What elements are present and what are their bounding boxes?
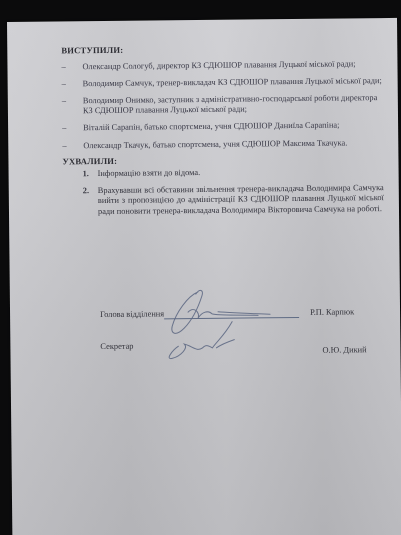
- speaker-text: Володимир Онимко, заступник з адміністра…: [83, 93, 378, 116]
- speaker-item: –Олександр Сологуб, директор КЗ СДЮШОР п…: [64, 59, 382, 73]
- speakers-list: –Олександр Сологуб, директор КЗ СДЮШОР п…: [64, 59, 383, 152]
- decisions-list: 1.Інформацію взяти до відома. 2.Врахував…: [66, 166, 384, 218]
- speaker-item: –Володимир Онимко, заступник з адміністр…: [65, 93, 383, 118]
- speaker-text: Олександр Ткачук, батько спортсмена, учн…: [83, 138, 347, 150]
- speakers-heading: ВИСТУПИЛИ:: [61, 42, 382, 56]
- speaker-item: –Віталій Сарапін, батько спортсмена, учн…: [65, 121, 383, 135]
- dash-marker: –: [62, 96, 66, 107]
- document-body: ВИСТУПИЛИ: –Олександр Сологуб, директор …: [64, 42, 384, 224]
- speaker-text: Віталій Сарапін, батько спортсмена, учня…: [83, 121, 339, 133]
- speaker-text: Володимир Самчук, тренер-викладач КЗ СДЮ…: [83, 76, 382, 88]
- dash-marker: –: [62, 141, 66, 152]
- signature-row-secretary: Секретар О.Ю. Дикий: [100, 339, 400, 374]
- decision-number: 2.: [83, 186, 89, 197]
- signature-block: Голова відділення Р.П. Карпюк Секретар О…: [100, 307, 401, 374]
- speaker-item: –Володимир Самчук, тренер-викладач КЗ СД…: [65, 76, 383, 90]
- signature-name: Р.П. Карпюк: [310, 307, 354, 316]
- decision-text: Інформацію взяти до відома.: [98, 168, 201, 178]
- signature-name: О.Ю. Дикий: [322, 345, 366, 354]
- speaker-item: –Олександр Ткачук, батько спортсмена, уч…: [65, 138, 383, 152]
- decision-item: 2.Врахувавши всі обставини звільнення тр…: [66, 183, 384, 218]
- decisions-heading: УХВАЛИЛИ:: [62, 153, 383, 167]
- dash-marker: –: [62, 79, 66, 90]
- document-page: ВИСТУПИЛИ: –Олександр Сологуб, директор …: [7, 18, 401, 535]
- speaker-text: Олександр Сологуб, директор КЗ СДЮШОР пл…: [82, 59, 355, 71]
- decision-item: 1.Інформацію взяти до відома.: [66, 166, 384, 180]
- decision-text: Врахувавши всі обставини звільнення трен…: [98, 183, 384, 216]
- dash-marker: –: [61, 62, 65, 73]
- signature-row-chair: Голова відділення Р.П. Карпюк: [100, 307, 400, 342]
- signature-role: Секретар: [100, 342, 133, 351]
- signature-role: Голова відділення: [100, 309, 164, 319]
- dash-marker: –: [62, 124, 66, 135]
- decision-number: 1.: [83, 169, 89, 180]
- signature-line: [164, 317, 299, 319]
